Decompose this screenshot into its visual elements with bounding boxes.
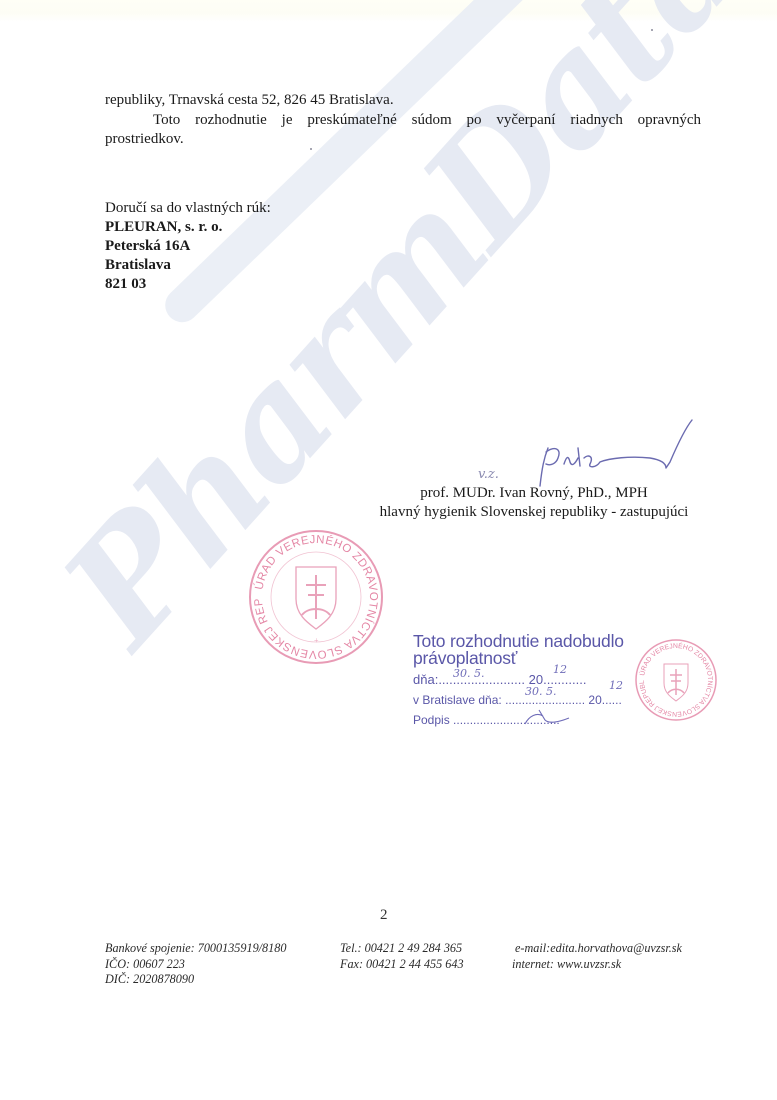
official-round-stamp-small: ÚRAD VEREJNÉHO ZDRAVOTNÍCTVA SLOVENSKEJ … — [633, 637, 719, 723]
place-label: v Bratislave dňa: — [413, 693, 502, 707]
review-statement-end: prostriedkov. — [105, 130, 701, 150]
footer-web-info: e-mail:edita.horvathova@uvzsr.sk interne… — [512, 941, 682, 972]
address-line: republiky, Trnavská cesta 52, 826 45 Bra… — [105, 91, 701, 111]
recipient-city: Bratislava — [105, 256, 271, 275]
handwritten-signature: v.z. — [470, 418, 710, 488]
handwritten-year: 12 — [553, 660, 567, 680]
decision-text: republiky, Trnavská cesta 52, 826 45 Bra… — [105, 91, 701, 150]
validity-heading-line2: právoplatnosť — [413, 650, 624, 667]
fax: Fax: 00421 2 44 455 643 — [340, 957, 464, 973]
footer-bank-info: Bankové spojenie: 7000135919/8180 IČO: 0… — [105, 941, 286, 988]
svg-text:+: + — [314, 636, 319, 645]
recipient-postal-code: 821 03 — [105, 275, 271, 294]
delivery-label: Doručí sa do vlastných rúk: — [105, 199, 271, 218]
signatory-block: prof. MUDr. Ivan Rovný, PhD., MPH hlavný… — [370, 484, 698, 522]
email-link[interactable]: e-mail:edita.horvathova@uvzsr.sk — [512, 941, 682, 957]
handwritten-place-year: 12 — [609, 676, 623, 696]
page-number: 2 — [380, 907, 388, 924]
handwritten-date: 30. 5. — [453, 664, 485, 684]
handwritten-place-date: 30. 5. — [525, 682, 557, 702]
signature-prefix: v.z. — [478, 467, 499, 482]
validity-signature-row: Podpis ................................ — [413, 710, 624, 730]
review-statement: Toto rozhodnutie je preskúmateľné súdom … — [105, 111, 701, 131]
footer-phone-info: Tel.: 00421 2 49 284 365 Fax: 00421 2 44… — [340, 941, 464, 972]
signature-label: Podpis — [413, 713, 450, 727]
bank-account: Bankové spojenie: 7000135919/8180 — [105, 941, 286, 957]
signatory-title: hlavný hygienik Slovenskej republiky - z… — [370, 503, 698, 522]
place-year-prefix: 20 — [588, 693, 601, 707]
handwritten-initials — [523, 706, 571, 728]
date-label: dňa: — [413, 672, 438, 687]
recipient-name: PLEURAN, s. r. o. — [105, 218, 271, 237]
recipient-street: Peterská 16A — [105, 237, 271, 256]
recipient-block: Doručí sa do vlastných rúk: PLEURAN, s. … — [105, 199, 271, 294]
validity-date-row: dňa:........................ 20.........… — [413, 670, 624, 690]
legal-validity-stamp: Toto rozhodnutie nadobudlo právoplatnosť… — [413, 633, 624, 730]
official-round-stamp: ÚRAD VEREJNÉHO ZDRAVOTNÍCTVA SLOVENSKEJ … — [246, 527, 386, 667]
telephone: Tel.: 00421 2 49 284 365 — [340, 941, 464, 957]
website-link[interactable]: internet: www.uvzsr.sk — [512, 957, 682, 973]
ico-number: IČO: 00607 223 — [105, 957, 286, 973]
validity-place-row: v Bratislave dňa: ......................… — [413, 690, 624, 710]
dic-number: DIČ: 2020878090 — [105, 972, 286, 988]
